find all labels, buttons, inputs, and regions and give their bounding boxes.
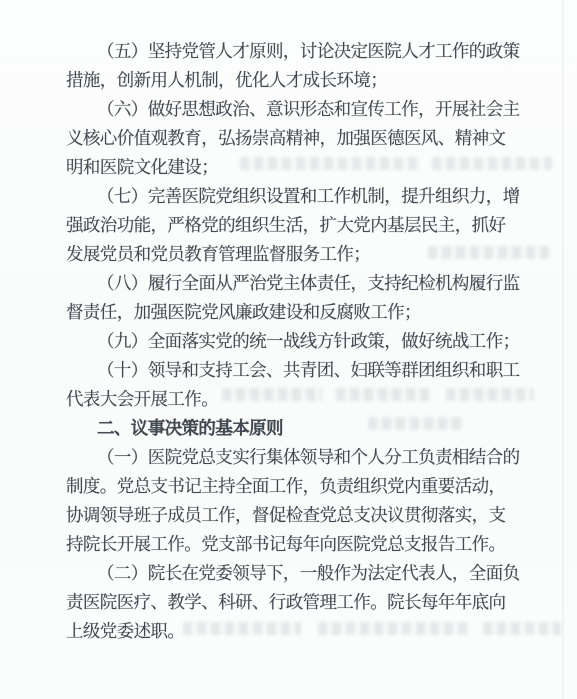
text-line: （九）全面落实党的统一战线方针政策，做好统战工作； — [66, 327, 546, 356]
bleed-through-artifact — [240, 157, 420, 170]
text-line: 责医院医疗、教学、科研、行政管理工作。院长每年年底向 — [66, 588, 546, 617]
text-line: 上级党委述职。 — [66, 617, 546, 646]
text-line: 制度。党总支书记主持全面工作，负责组织党内重要活动， — [66, 472, 546, 501]
bleed-through-artifact — [446, 388, 534, 401]
page-edge-shadow — [562, 0, 564, 699]
text-line: 协调领导班子成员工作，督促检查党总支决议贯彻落实，支 — [66, 501, 546, 530]
bleed-through-artifact — [318, 622, 468, 635]
scanned-page: （五）坚持党管人才原则，讨论决定医院人才工作的政策 措施，创新用人机制，优化人才… — [0, 0, 577, 699]
text-line: （二）院长在党委领导下，一般作为法定代表人，全面负 — [66, 559, 546, 588]
document-text-block: （五）坚持党管人才原则，讨论决定医院人才工作的政策 措施，创新用人机制，优化人才… — [66, 37, 546, 646]
text-line: 督责任，加强医院党风廉政建设和反腐败工作； — [66, 298, 546, 327]
bleed-through-artifact — [483, 622, 561, 635]
text-line: （五）坚持党管人才原则，讨论决定医院人才工作的政策 — [66, 37, 546, 66]
text-line: （七）完善医院党组织设置和工作机制，提升组织力，增 — [66, 182, 546, 211]
text-line: （一）医院党总支实行集体领导和个人分工负责相结合的 — [66, 443, 546, 472]
section-heading: 二、议事决策的基本原则 — [66, 414, 546, 443]
bleed-through-artifact — [183, 622, 301, 635]
text-line: 措施，创新用人机制，优化人才成长环境； — [66, 66, 546, 95]
bleed-through-artifact — [428, 246, 550, 259]
bleed-through-artifact — [368, 417, 463, 430]
text-line: 强政治功能，严格党的组织生活，扩大党内基层民主，抓好 — [66, 211, 546, 240]
bleed-through-artifact — [432, 157, 552, 170]
text-line: （十）领导和支持工会、共青团、妇联等群团组织和职工 — [66, 356, 546, 385]
bleed-through-artifact — [336, 388, 431, 401]
text-line: 义核心价值观教育，弘扬崇高精神，加强医德医风、精神文 — [66, 124, 546, 153]
bleed-through-artifact — [222, 388, 322, 401]
text-line: （六）做好思想政治、意识形态和宣传工作，开展社会主 — [66, 95, 546, 124]
text-line: （八）履行全面从严治党主体责任，支持纪检机构履行监 — [66, 269, 546, 298]
text-line: 持院长开展工作。党支部书记每年向医院党总支报告工作。 — [66, 530, 546, 559]
